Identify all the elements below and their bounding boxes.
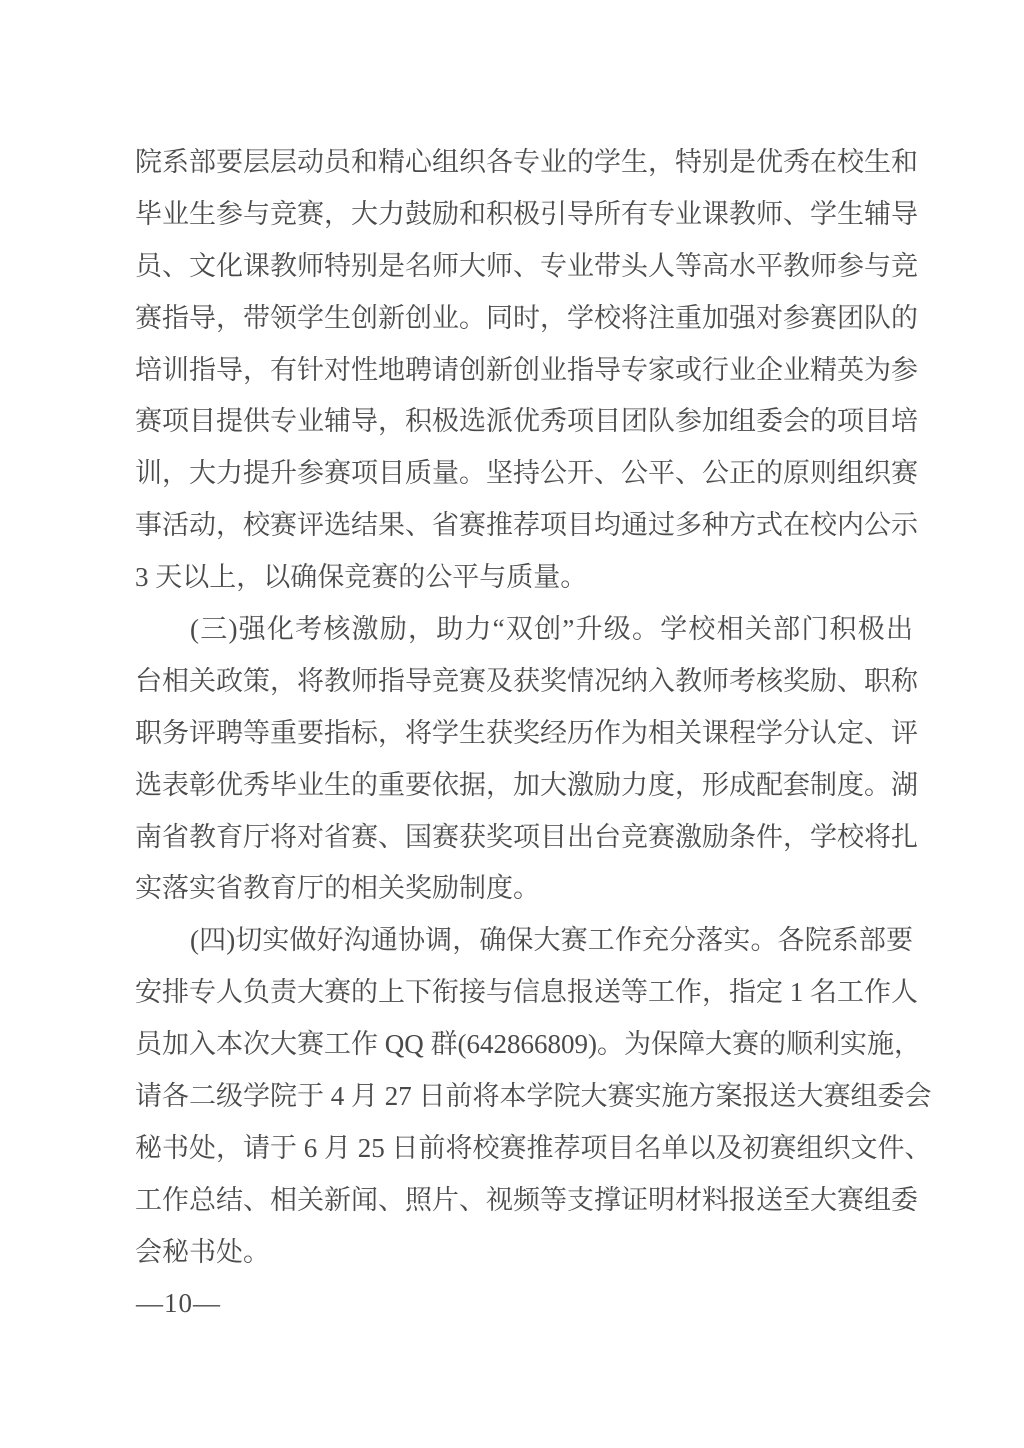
text-line: 院系部要层层动员和精心组织各专业的学生，特别是优秀在校生和 <box>135 137 913 189</box>
text-line: 毕业生参与竞赛，大力鼓励和积极引导所有专业课教师、学生辅导 <box>135 189 913 241</box>
text-line-paragraph-start: (四)切实做好沟通协调，确保大赛工作充分落实。各院系部要 <box>135 915 913 967</box>
text-line: 请各二级学院于 4 月 27 日前将本学院大赛实施方案报送大赛组委会 <box>135 1071 913 1123</box>
text-line: 赛指导，带领学生创新创业。同时，学校将注重加强对参赛团队的 <box>135 293 913 345</box>
text-line: 秘书处，请于 6 月 25 日前将校赛推荐项目名单以及初赛组织文件、 <box>135 1123 913 1175</box>
body-text: 院系部要层层动员和精心组织各专业的学生，特别是优秀在校生和 毕业生参与竞赛，大力… <box>135 137 913 1279</box>
text-line: 训，大力提升参赛项目质量。坚持公开、公平、公正的原则组织赛 <box>135 448 913 500</box>
text-line: 南省教育厅将对省赛、国赛获奖项目出台竞赛激励条件，学校将扎 <box>135 812 913 864</box>
page-number: —10— <box>136 1286 221 1320</box>
text-line: 工作总结、相关新闻、照片、视频等支撑证明材料报送至大赛组委 <box>135 1175 913 1227</box>
text-line: 赛项目提供专业辅导，积极选派优秀项目团队参加组委会的项目培 <box>135 396 913 448</box>
text-line: 选表彰优秀毕业生的重要依据，加大激励力度，形成配套制度。湖 <box>135 760 913 812</box>
text-line: 实落实省教育厅的相关奖励制度。 <box>135 863 913 915</box>
text-line: 员加入本次大赛工作 QQ 群(642866809)。为保障大赛的顺利实施， <box>135 1019 913 1071</box>
text-line: 员、文化课教师特别是名师大师、专业带头人等高水平教师参与竞 <box>135 241 913 293</box>
text-line: 安排专人负责大赛的上下衔接与信息报送等工作，指定 1 名工作人 <box>135 967 913 1019</box>
text-line: 职务评聘等重要指标，将学生获奖经历作为相关课程学分认定、评 <box>135 708 913 760</box>
text-line: 会秘书处。 <box>135 1227 913 1279</box>
text-line: 3 天以上，以确保竞赛的公平与质量。 <box>135 552 913 604</box>
text-line: 事活动，校赛评选结果、省赛推荐项目均通过多种方式在校内公示 <box>135 500 913 552</box>
text-line: 培训指导，有针对性地聘请创新创业指导专家或行业企业精英为参 <box>135 345 913 397</box>
text-line-paragraph-start: (三)强化考核激励，助力“双创”升级。学校相关部门积极出 <box>135 604 913 656</box>
text-line: 台相关政策，将教师指导竞赛及获奖情况纳入教师考核奖励、职称 <box>135 656 913 708</box>
document-page: 院系部要层层动员和精心组织各专业的学生，特别是优秀在校生和 毕业生参与竞赛，大力… <box>0 0 1024 1448</box>
